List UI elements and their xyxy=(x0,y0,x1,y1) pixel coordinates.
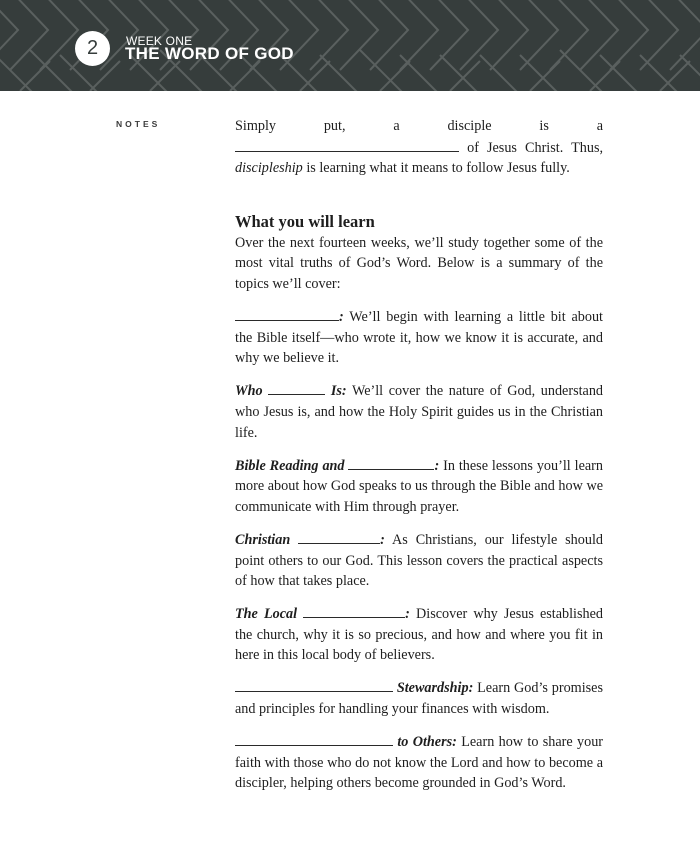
section-heading: What you will learn xyxy=(235,211,603,233)
topic-item: Stewardship: Learn God’s promises and pr… xyxy=(235,677,603,719)
fill-in-blank[interactable] xyxy=(235,731,393,746)
fill-in-blank[interactable] xyxy=(298,529,380,544)
intro-paragraph: Simply put, a disciple is a of Jesus Chr… xyxy=(235,116,603,179)
topic-item: Who Is: We’ll cover the nature of God, u… xyxy=(235,380,603,443)
section-body: Over the next fourteen weeks, we’ll stud… xyxy=(235,233,603,295)
topic-item: Bible Reading and : In these lessons you… xyxy=(235,455,603,518)
fill-in-blank[interactable] xyxy=(235,306,339,321)
topic-item: to Others: Learn how to share your faith… xyxy=(235,731,603,794)
week-number: 2 xyxy=(87,37,98,60)
topic-item: Christian : As Christians, our lifestyle… xyxy=(235,529,603,592)
main-content: Simply put, a disciple is a of Jesus Chr… xyxy=(235,116,603,805)
fill-in-blank[interactable] xyxy=(348,455,434,470)
emphasis-discipleship: discipleship xyxy=(235,160,303,176)
fill-in-blank[interactable] xyxy=(303,603,405,618)
topic-item: : We’ll begin with learning a little bit… xyxy=(235,306,603,369)
fill-in-blank[interactable] xyxy=(268,380,325,395)
notes-label: NOTES xyxy=(116,119,160,129)
page-header-banner: 2 WEEK ONE THE WORD OF GOD xyxy=(0,0,700,91)
week-title: THE WORD OF GOD xyxy=(125,45,294,63)
fill-in-blank[interactable] xyxy=(235,137,459,152)
fill-in-blank[interactable] xyxy=(235,677,393,692)
week-number-badge: 2 xyxy=(75,31,110,66)
topic-item: The Local : Discover why Jesus establish… xyxy=(235,603,603,666)
